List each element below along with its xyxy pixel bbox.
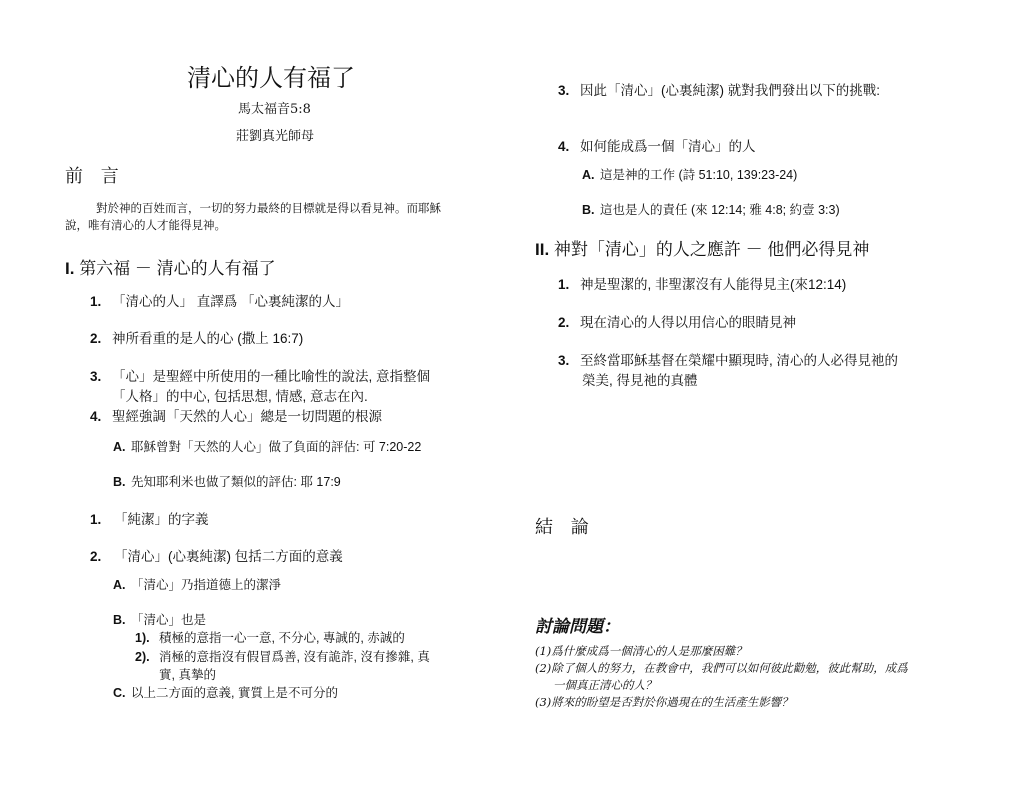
sub-list-item: B.「清心」也是 [113, 610, 206, 628]
list-item: 3.「心」是聖經中所使用的一種比喻性的說法, 意指整個 [90, 365, 430, 385]
scripture-reference: 馬太福音5:8 [238, 98, 311, 117]
section-2-numeral: II. [535, 240, 549, 259]
section-1-title: 第六福 － 清心的人有福了 [79, 259, 275, 278]
sub-list-item: A.這是神的工作 (詩 51:10, 139:23-24) [582, 165, 797, 183]
sub-sub-list-item-continuation: 實, 真摯的 [159, 665, 216, 683]
list-item: 2.神所看重的是人的心 (撒上 16:7) [90, 327, 303, 347]
list-item: 1.神是聖潔的, 非聖潔沒有人能得見主(來12:14) [558, 273, 846, 293]
preface-line-2: 說，唯有清心的人才能得見神。 [65, 217, 226, 233]
discussion-heading: 討論問題： [535, 612, 620, 637]
list-item: 4.聖經強調「天然的人心」總是一切問題的根源 [90, 405, 382, 425]
discussion-question-2-continuation: 一個真正清心的人？ [553, 677, 657, 693]
section-2-title: 神對「清心」的人之應許 － 他們必得見神 [554, 240, 869, 259]
sub-list-item: A.「清心」乃指道德上的潔淨 [113, 575, 281, 593]
list-item-continuation: 「人格」的中心, 包括思想, 情感, 意志在內. [112, 385, 368, 405]
list-item: 2.「清心」(心裏純潔) 包括二方面的意義 [90, 545, 343, 565]
discussion-question-2: (2)除了個人的努力，在教會中，我們可以如何彼此勸勉，彼此幫助，成爲 [535, 660, 908, 676]
list-item-continuation: 榮美, 得見祂的真體 [582, 369, 698, 389]
list-item: 1.「純潔」的字義 [90, 508, 209, 528]
preface-line-1: 對於神的百姓而言，一切的努力最終的目標就是得以看見神。而耶穌 [96, 200, 441, 216]
list-item: 1.「清心的人」 直譯爲 「心裏純潔的人」 [90, 290, 349, 310]
section-1-numeral: I. [65, 259, 74, 278]
list-item: 4.如何能成爲一個「清心」的人 [558, 135, 756, 155]
document-title: 清心的人有福了 [187, 58, 355, 93]
author: 莊劉真光師母 [236, 125, 314, 144]
sub-sub-list-item: 2).消極的意指沒有假冒爲善, 沒有詭詐, 沒有摻雜, 真 [135, 647, 430, 665]
sub-list-item: B.先知耶利米也做了類似的評估: 耶 17:9 [113, 472, 341, 490]
discussion-question-1: (1)爲什麼成爲一個清心的人是那麼困難？ [535, 643, 747, 659]
conclusion-heading: 結 論 [535, 513, 595, 539]
list-item: 3.至終當耶穌基督在榮耀中顯現時, 清心的人必得見祂的 [558, 349, 898, 369]
sub-list-item: C.以上二方面的意義, 實質上是不可分的 [113, 683, 338, 701]
sub-list-item: A.耶穌曾對「天然的人心」做了負面的評估: 可 7:20-22 [113, 437, 421, 455]
list-item: 2.現在清心的人得以用信心的眼睛見神 [558, 311, 796, 331]
discussion-question-3: (3)將來的盼望是否對於你過現在的生活產生影響？ [535, 694, 793, 710]
list-item: 3.因此「清心」(心裏純潔) 就對我們發出以下的挑戰: [558, 79, 880, 99]
sub-list-item: B.這也是人的責任 (來 12:14; 雅 4:8; 約壹 3:3) [582, 200, 840, 218]
sub-sub-list-item: 1).積極的意指一心一意, 不分心, 專誠的, 赤誠的 [135, 628, 405, 646]
section-1-heading: I. 第六福 － 清心的人有福了 [65, 254, 276, 279]
preface-heading: 前 言 [65, 162, 125, 188]
section-2-heading: II. 神對「清心」的人之應許 － 他們必得見神 [535, 235, 869, 260]
